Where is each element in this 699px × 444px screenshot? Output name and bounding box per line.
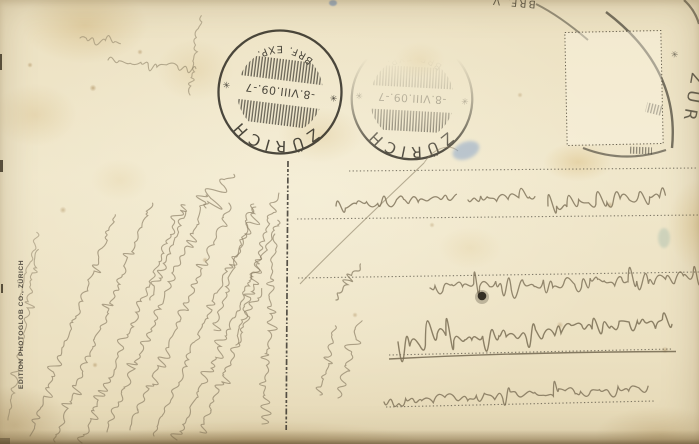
divider-line: [286, 161, 288, 430]
address-dotted-line-3: [298, 272, 699, 278]
address-dotted-line-2: [297, 215, 699, 219]
postmark-right-star-icon: ✳: [668, 49, 679, 59]
handwriting-stroke: [78, 205, 187, 443]
handwriting-stroke: [338, 321, 362, 398]
handwriting-stroke: [108, 57, 196, 73]
stamp-box: [565, 31, 663, 146]
postmark-right-hatch-b: [630, 147, 652, 155]
postmark-zurich-main: [211, 23, 348, 162]
handwriting-stroke: [130, 203, 231, 430]
handwriting-stroke: [171, 220, 280, 440]
handwriting-address-4: [384, 381, 648, 406]
edge-chips: [0, 54, 10, 444]
postmark-top-fragment: BRF. V: [491, 0, 537, 10]
handwriting-stroke: [336, 264, 360, 300]
publisher-imprint: EDITION PHOTOGLOB CO., ZÜRICH: [18, 260, 25, 389]
handwriting-address-1b: [468, 188, 535, 201]
pinhole: [478, 292, 487, 301]
handwriting-dateline: [260, 234, 278, 424]
handwriting-stroke: [30, 215, 115, 436]
handwriting-stroke: [80, 36, 120, 45]
ink-and-pencil-layer: ZÜRICH BRF. EXP. ✳ ✳ -8.VIII.09.-7 ZÜR: [0, 0, 699, 444]
handwriting-stroke: [188, 16, 201, 95]
handwriting-address-2: [430, 266, 699, 298]
postmark-right-corner-arc: [684, 0, 699, 24]
handwriting-stroke: [236, 193, 279, 345]
address-dotted-line-1: [349, 168, 697, 171]
handwriting-address-1c: [548, 188, 666, 213]
postmark-right-city-fragment: ZÜR: [678, 71, 699, 128]
address-dotted-line-5: [386, 401, 655, 407]
handwriting-address-1: [336, 194, 456, 212]
handwriting-town-underline: [389, 352, 676, 360]
blue-ink-dot: [329, 0, 337, 6]
handwriting-long-flourish: [300, 163, 424, 284]
handwriting-stroke: [316, 326, 336, 395]
postmark-right-bottom-arc: [583, 148, 666, 157]
postcard-back: ZÜRICH BRF. EXP. ✳ ✳ -8.VIII.09.-7 ZÜR: [0, 0, 699, 444]
handwriting-stroke: [107, 195, 207, 432]
handwriting-address-3: [398, 313, 672, 362]
teal-smudge: [658, 228, 670, 248]
handwriting-stroke: [200, 289, 262, 433]
handwriting-stroke: [54, 203, 153, 442]
